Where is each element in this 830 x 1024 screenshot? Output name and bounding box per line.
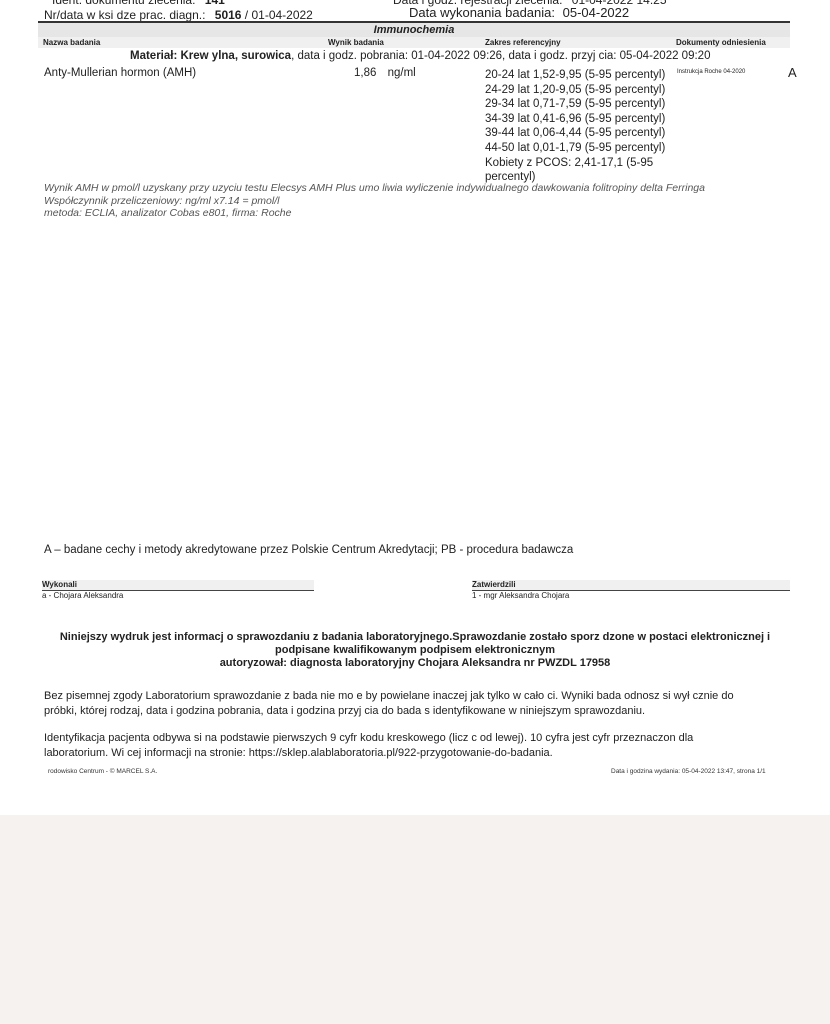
copyright-paragraph: Bez pisemnej zgody Laboratorium sprawozd… <box>44 689 734 719</box>
performed-name: a - Chojara Aleksandra <box>42 591 123 600</box>
material-details: , data i godz. pobrania: 01-04-2022 09:2… <box>291 50 710 62</box>
note-line: Wynik AMH w pmol/l uzyskany przy uzyciu … <box>44 182 705 195</box>
doc-id-line: Ident. dokumentu zlecenia: 141 <box>52 0 225 7</box>
note-line: Współczynnik przeliczeniowy: ng/ml x7.14… <box>44 195 705 208</box>
doc-id-label: Ident. dokumentu zlecenia: <box>52 0 195 7</box>
paragraph-line: próbki, której rodzaj, data i godzina po… <box>44 704 734 719</box>
notice-line: podpisane kwalifikowanym podpisem elektr… <box>0 644 830 657</box>
accreditation-mark: A <box>788 65 797 80</box>
doc-id-value: 141 <box>205 0 225 7</box>
range-line: 44-50 lat 0,01-1,79 (5-95 percentyl) <box>485 141 665 156</box>
col-result: Wynik badania <box>328 37 384 48</box>
exec-date-line: Data wykonania badania: 05-04-2022 <box>409 5 629 20</box>
material-label: Materiał: Krew ylna, surowica <box>130 50 291 62</box>
col-test-name: Nazwa badania <box>43 37 100 48</box>
book-label: Nr/data w ksi dze prac. diagn.: <box>44 8 205 22</box>
range-line: 24-29 lat 1,20-9,05 (5-95 percentyl) <box>485 83 665 98</box>
notice-line: autoryzował: diagnosta laboratoryjny Cho… <box>0 657 830 670</box>
paragraph-line: Identyfikacja pacjenta odbywa si na pods… <box>44 731 693 746</box>
column-headers: Nazwa badania Wynik badania Zakres refer… <box>38 37 790 48</box>
reference-document: Instrukcja Roche 04-2020 <box>677 69 745 75</box>
report-page: Ident. dokumentu zlecenia: 141 Data i go… <box>0 0 830 815</box>
footer-right: Data i godzina wydania: 05-04-2022 13:47… <box>611 768 766 775</box>
reference-ranges: 20-24 lat 1,52-9,95 (5-95 percentyl) 24-… <box>485 68 665 185</box>
approved-name: 1 - mgr Aleksandra Chojara <box>472 591 569 600</box>
footer-left: rodowisko Centrum - © MARCEL S.A. <box>48 768 157 775</box>
performed-label: Wykonali <box>42 580 77 589</box>
test-result: 1,86 ng/ml <box>354 67 416 79</box>
identification-paragraph: Identyfikacja pacjenta odbywa si na pods… <box>44 731 693 761</box>
exec-value: 05-04-2022 <box>563 5 630 20</box>
result-value: 1,86 <box>354 67 376 79</box>
book-line: Nr/data w ksi dze prac. diagn.: 5016 / 0… <box>44 8 313 22</box>
range-line: 34-39 lat 0,41-6,96 (5-95 percentyl) <box>485 112 665 127</box>
book-date: / 01-04-2022 <box>241 8 312 22</box>
material-line: Materiał: Krew ylna, surowica, data i go… <box>130 50 710 62</box>
notes: Wynik AMH w pmol/l uzyskany przy uzyciu … <box>44 182 705 220</box>
performed-header: Wykonali <box>42 580 314 591</box>
notice-line: Niniejszy wydruk jest informacj o sprawo… <box>0 631 830 644</box>
exec-label: Data wykonania badania: <box>409 5 555 20</box>
range-line: Kobiety z PCOS: 2,41-17,1 (5-95 <box>485 156 665 171</box>
electronic-signature-notice: Niniejszy wydruk jest informacj o sprawo… <box>0 631 830 670</box>
accreditation-legend: A – badane cechy i metody akredytowane p… <box>44 544 573 556</box>
paragraph-line: laboratorium. Wi cej informacji na stron… <box>44 746 693 761</box>
book-number: 5016 <box>215 8 242 22</box>
range-line: 39-44 lat 0,06-4,44 (5-95 percentyl) <box>485 126 665 141</box>
paragraph-line: Bez pisemnej zgody Laboratorium sprawozd… <box>44 689 734 704</box>
approved-header: Zatwierdzili <box>472 580 790 591</box>
section-header: Immunochemia <box>38 21 790 38</box>
approved-label: Zatwierdzili <box>472 580 516 589</box>
range-line: 20-24 lat 1,52-9,95 (5-95 percentyl) <box>485 68 665 83</box>
range-line: 29-34 lat 0,71-7,59 (5-95 percentyl) <box>485 97 665 112</box>
note-line: metoda: ECLIA, analizator Cobas e801, fi… <box>44 207 705 220</box>
col-reference-docs: Dokumenty odniesienia <box>676 37 766 48</box>
result-unit: ng/ml <box>388 67 416 79</box>
test-name: Anty-Mullerian hormon (AMH) <box>44 67 196 79</box>
section-title: Immunochemia <box>38 23 790 37</box>
col-reference-range: Zakres referencyjny <box>485 37 561 48</box>
